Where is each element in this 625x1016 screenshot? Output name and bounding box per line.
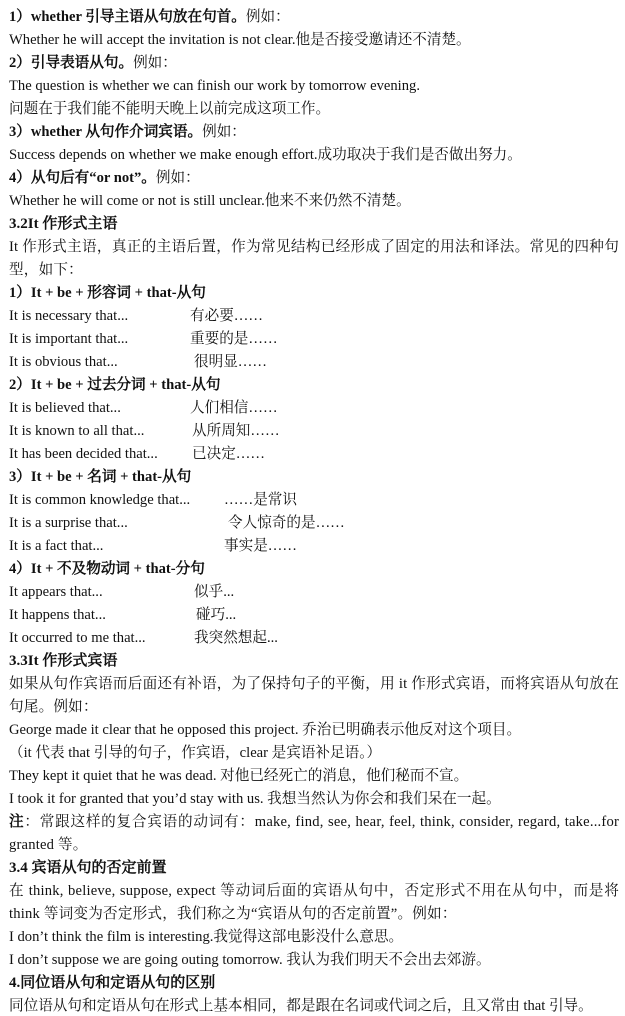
- pattern-row: It happens that...碰巧...: [9, 604, 619, 627]
- pattern-en: It is believed that...: [9, 400, 121, 416]
- pattern-row: It is necessary that...有必要……: [9, 305, 619, 328]
- point-heading-4: 4）从句后有“or not”。例如：: [9, 167, 619, 190]
- heading-text: 4）从句后有“or not”。: [9, 170, 156, 186]
- pattern-en: It is necessary that...: [9, 308, 128, 324]
- heading-text: 3）whether 从句作介词宾语。: [9, 124, 202, 140]
- example-sentence: I don’t think the film is interesting.我觉…: [9, 926, 619, 949]
- example-sentence: Whether he will accept the invitation is…: [9, 29, 619, 52]
- pattern-row: It is believed that...人们相信……: [9, 397, 619, 420]
- example-sentence: George made it clear that he opposed thi…: [9, 719, 619, 742]
- pattern-zh: 事实是……: [224, 535, 297, 558]
- section-intro-4: 同位语从句和定语从句在形式上基本相同，都是跟在名词或代词之后，且又常由 that…: [9, 995, 619, 1016]
- pattern-zh: 令人惊奇的是……: [228, 512, 345, 535]
- pattern-title-4: 4）It + 不及物动词 + that-分句: [9, 558, 619, 581]
- pattern-zh: 碰巧...: [196, 604, 236, 627]
- heading-tail: 例如：: [202, 124, 246, 140]
- heading-text: 2）引导表语从句。: [9, 55, 133, 71]
- pattern-zh: 重要的是……: [190, 328, 278, 351]
- pattern-zh: 人们相信……: [190, 397, 278, 420]
- pattern-en: It is a surprise that...: [9, 515, 128, 531]
- heading-tail: 例如：: [156, 170, 200, 186]
- pattern-row: It is common knowledge that...……是常识: [9, 489, 619, 512]
- pattern-zh: 我突然想起...: [194, 627, 278, 650]
- pattern-zh: 有必要……: [190, 305, 263, 328]
- pattern-en: It occurred to me that...: [9, 630, 146, 646]
- pattern-en: It is a fact that...: [9, 538, 103, 554]
- pattern-zh: 很明显……: [194, 351, 267, 374]
- heading-tail: 例如：: [133, 55, 177, 71]
- pattern-title-3: 3）It + be + 名词 + that-从句: [9, 466, 619, 489]
- pattern-en: It appears that...: [9, 584, 103, 600]
- section-title-3-3: 3.3It 作形式宾语: [9, 650, 619, 673]
- pattern-en: It is important that...: [9, 331, 128, 347]
- pattern-en: It is obvious that...: [9, 354, 118, 370]
- pattern-en: It has been decided that...: [9, 446, 158, 462]
- example-note: （it 代表 that 引导的句子，作宾语，clear 是宾语补足语。）: [9, 742, 619, 765]
- pattern-en: It happens that...: [9, 607, 106, 623]
- pattern-row: It has been decided that...已决定……: [9, 443, 619, 466]
- note-text: ：常跟这样的复合宾语的动词有：make, find, see, hear, fe…: [9, 814, 619, 853]
- pattern-zh: 似乎...: [194, 581, 234, 604]
- section-intro-3-2: It 作形式主语，真正的主语后置，作为常见结构已经形成了固定的用法和译法。常见的…: [9, 236, 619, 282]
- example-sentence: I took it for granted that you’d stay wi…: [9, 788, 619, 811]
- example-translation: 问题在于我们能不能明天晚上以前完成这项工作。: [9, 98, 619, 121]
- pattern-row: It occurred to me that...我突然想起...: [9, 627, 619, 650]
- pattern-zh: 从所周知……: [192, 420, 280, 443]
- heading-tail: 例如：: [246, 9, 290, 25]
- pattern-row: It is known to all that...从所周知……: [9, 420, 619, 443]
- document-page: 1）whether 引导主语从句放在句首。例如： Whether he will…: [9, 6, 619, 1016]
- pattern-zh: ……是常识: [224, 489, 297, 512]
- pattern-row: It is important that...重要的是……: [9, 328, 619, 351]
- section-intro-3-3: 如果从句作宾语而后面还有补语，为了保持句子的平衡，用 it 作形式宾语，而将宾语…: [9, 673, 619, 719]
- pattern-en: It is common knowledge that...: [9, 492, 190, 508]
- section-intro-3-4: 在 think, believe, suppose, expect 等动词后面的…: [9, 880, 619, 926]
- point-heading-1: 1）whether 引导主语从句放在句首。例如：: [9, 6, 619, 29]
- point-heading-2: 2）引导表语从句。例如：: [9, 52, 619, 75]
- section-title-3-2: 3.2It 作形式主语: [9, 213, 619, 236]
- pattern-en: It is known to all that...: [9, 423, 144, 439]
- pattern-row: It is a surprise that...令人惊奇的是……: [9, 512, 619, 535]
- section-title-4: 4.同位语从句和定语从句的区别: [9, 972, 619, 995]
- example-sentence: The question is whether we can finish ou…: [9, 75, 619, 98]
- heading-text: 1）whether 引导主语从句放在句首。: [9, 9, 246, 25]
- example-sentence: Whether he will come or not is still unc…: [9, 190, 619, 213]
- example-sentence: Success depends on whether we make enoug…: [9, 144, 619, 167]
- section-title-3-4: 3.4 宾语从句的否定前置: [9, 857, 619, 880]
- example-sentence: I don’t suppose we are going outing tomo…: [9, 949, 619, 972]
- pattern-row: It is obvious that...很明显……: [9, 351, 619, 374]
- pattern-title-2: 2）It + be + 过去分词 + that-从句: [9, 374, 619, 397]
- note-label: 注: [9, 814, 24, 830]
- point-heading-3: 3）whether 从句作介词宾语。例如：: [9, 121, 619, 144]
- pattern-zh: 已决定……: [192, 443, 265, 466]
- pattern-row: It is a fact that...事实是……: [9, 535, 619, 558]
- pattern-row: It appears that...似乎...: [9, 581, 619, 604]
- pattern-title-1: 1）It + be + 形容词 + that-从句: [9, 282, 619, 305]
- example-sentence: They kept it quiet that he was dead. 对他已…: [9, 765, 619, 788]
- note-paragraph: 注：常跟这样的复合宾语的动词有：make, find, see, hear, f…: [9, 811, 619, 857]
